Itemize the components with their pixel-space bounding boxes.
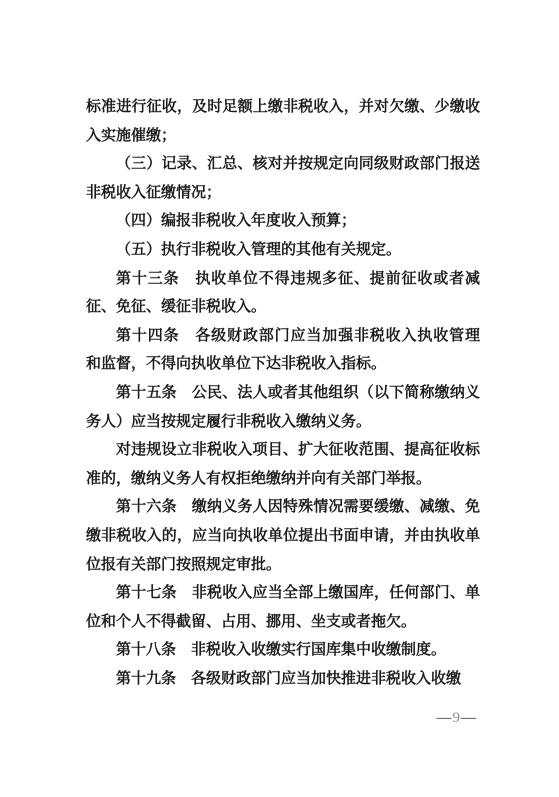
page-number-digit: 9 (453, 710, 462, 726)
text-line: 第十四条 各级财政部门应当加强非税收入执收管理 (86, 322, 480, 351)
document-body: 标准进行征收，及时足额上缴非税收入，并对欠缴、少缴收入实施催缴；（三）记录、汇总… (86, 93, 480, 693)
text-line: 第十五条 公民、法人或者其他组织（以下简称缴纳义 (86, 379, 480, 408)
paragraph: 第十九条 各级财政部门应当加快推进非税收入收缴 (86, 665, 480, 694)
text-line: 准的，缴纳义务人有权拒绝缴纳并向有关部门举报。 (86, 465, 480, 494)
paragraph: 第十七条 非税收入应当全部上缴国库，任何部门、单位和个人不得截留、占用、挪用、坐… (86, 579, 480, 636)
text-line: 对违规设立非税收入项目、扩大征收范围、提高征收标 (86, 436, 480, 465)
paragraph: （三）记录、汇总、核对并按规定向同级财政部门报送非税收入征缴情况； (86, 150, 480, 207)
text-line: 务人）应当按规定履行非税收入缴纳义务。 (86, 408, 480, 437)
text-line: 第十八条 非税收入收缴实行国库集中收缴制度。 (86, 636, 480, 665)
paragraph: 标准进行征收，及时足额上缴非税收入，并对欠缴、少缴收入实施催缴； (86, 93, 480, 150)
text-line: （五）执行非税收入管理的其他有关规定。 (86, 236, 480, 265)
paragraph: 第十五条 公民、法人或者其他组织（以下简称缴纳义务人）应当按规定履行非税收入缴纳… (86, 379, 480, 436)
page-number-left-dash: — (437, 710, 453, 726)
page-number: —9— (437, 710, 478, 727)
page-number-right-dash: — (461, 710, 477, 726)
paragraph: （四）编报非税收入年度收入预算； (86, 207, 480, 236)
text-line: 第十九条 各级财政部门应当加快推进非税收入收缴 (86, 665, 480, 694)
paragraph: 对违规设立非税收入项目、扩大征收范围、提高征收标准的，缴纳义务人有权拒绝缴纳并向… (86, 436, 480, 493)
text-line: 第十三条 执收单位不得违规多征、提前征收或者减 (86, 265, 480, 294)
paragraph: 第十八条 非税收入收缴实行国库集中收缴制度。 (86, 636, 480, 665)
text-line: 和监督，不得向执收单位下达非税收入指标。 (86, 350, 480, 379)
text-line: （三）记录、汇总、核对并按规定向同级财政部门报送 (86, 150, 480, 179)
paragraph: 第十三条 执收单位不得违规多征、提前征收或者减征、免征、缓征非税收入。 (86, 265, 480, 322)
text-line: （四）编报非税收入年度收入预算； (86, 207, 480, 236)
text-line: 缴非税收入的，应当向执收单位提出书面申请，并由执收单 (86, 522, 480, 551)
paragraph: 第十四条 各级财政部门应当加强非税收入执收管理和监督，不得向执收单位下达非税收入… (86, 322, 480, 379)
text-line: 征、免征、缓征非税收入。 (86, 293, 480, 322)
text-line: 入实施催缴； (86, 122, 480, 151)
scanned-document-page: 标准进行征收，及时足额上缴非税收入，并对欠缴、少缴收入实施催缴；（三）记录、汇总… (0, 0, 559, 797)
text-line: 位和个人不得截留、占用、挪用、坐支或者拖欠。 (86, 608, 480, 637)
paragraph: 第十六条 缴纳义务人因特殊情况需要缓缴、减缴、免缴非税收入的，应当向执收单位提出… (86, 493, 480, 579)
text-line: 非税收入征缴情况； (86, 179, 480, 208)
text-line: 第十七条 非税收入应当全部上缴国库，任何部门、单 (86, 579, 480, 608)
paragraph: （五）执行非税收入管理的其他有关规定。 (86, 236, 480, 265)
text-line: 第十六条 缴纳义务人因特殊情况需要缓缴、减缴、免 (86, 493, 480, 522)
text-line: 标准进行征收，及时足额上缴非税收入，并对欠缴、少缴收 (86, 93, 480, 122)
text-line: 位报有关部门按照规定审批。 (86, 551, 480, 580)
